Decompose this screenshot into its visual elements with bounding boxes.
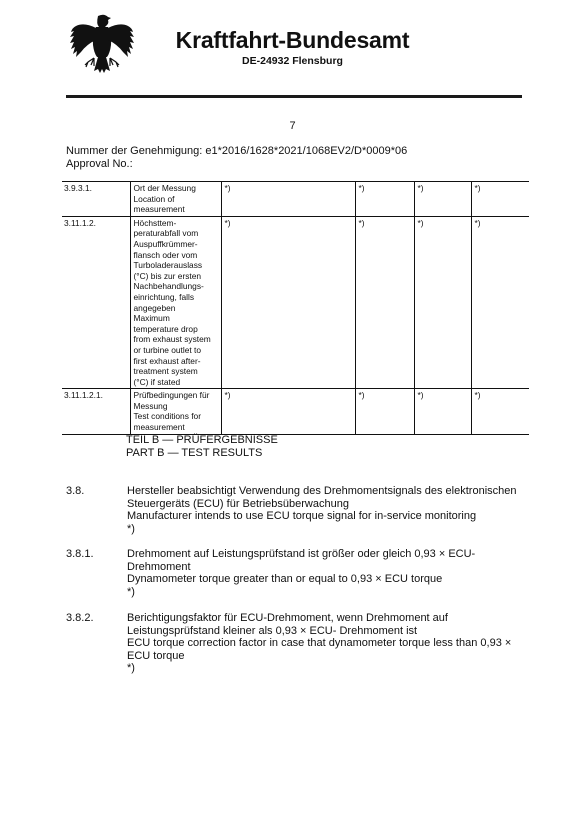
description-line: (°C) if stated [134, 377, 218, 388]
part-b-heading: TEIL B — PRÜFERGEBNISSE PART B — TEST RE… [126, 434, 278, 459]
description-line: treatment system [134, 366, 218, 377]
description-line: Höchsttem- [134, 218, 218, 229]
table-row: 3.11.1.2.Höchsttem-peraturabfall vomAusp… [62, 216, 529, 389]
row-number: 3.11.1.2. [62, 216, 130, 389]
value-cell: *) [221, 216, 355, 389]
approval-label-en: Approval No.: [66, 158, 407, 171]
page-number: 7 [0, 120, 585, 132]
value-cell: *) [471, 389, 529, 434]
section-text: Drehmoment auf Leistungsprüfstand ist gr… [127, 548, 527, 598]
value-cell: *) [471, 216, 529, 389]
approval-number: Nummer der Genehmigung: e1*2016/1628*202… [66, 145, 407, 170]
section-text: Berichtigungsfaktor für ECU-Drehmoment, … [127, 612, 527, 675]
section-line: Hersteller beabsichtigt Verwendung des D… [127, 485, 527, 498]
description-line: Messung [134, 401, 218, 412]
value-cell: *) [221, 182, 355, 217]
description-line: Prüfbedingungen für [134, 390, 218, 401]
authority-name: Kraftfahrt-Bundesamt [0, 27, 585, 54]
section-line: Dynamometer torque greater than or equal… [127, 573, 527, 586]
table-row: 3.11.1.2.1.Prüfbedingungen fürMessungTes… [62, 389, 529, 434]
description-line: flansch oder vom [134, 250, 218, 261]
description-line: (°C) bis zur ersten [134, 271, 218, 282]
description-line: peraturabfall vom [134, 228, 218, 239]
section-line: Steuergeräts (ECU) für Betriebsüberwachu… [127, 498, 527, 511]
section-number: 3.8.2. [66, 612, 94, 625]
row-number: 3.11.1.2.1. [62, 389, 130, 434]
section-line: *) [127, 523, 527, 536]
section-number: 3.8. [66, 485, 84, 498]
value-cell: *) [414, 216, 471, 389]
section-line: Leistungsprüfstand kleiner als 0,93 × EC… [127, 625, 527, 638]
value-cell: *) [355, 389, 414, 434]
spec-table: 3.9.3.1.Ort der MessungLocation ofmeasur… [62, 181, 529, 435]
section-line: Drehmoment auf Leistungsprüfstand ist gr… [127, 548, 527, 561]
description-line: Nachbehandlungs- [134, 281, 218, 292]
description-line: temperature drop [134, 324, 218, 335]
description-line: Maximum [134, 313, 218, 324]
section-line: Manufacturer intends to use ECU torque s… [127, 510, 527, 523]
value-cell: *) [355, 182, 414, 217]
section-line: ECU torque [127, 650, 527, 663]
description-line: from exhaust system [134, 334, 218, 345]
description-line: measurement [134, 422, 218, 433]
row-description: Prüfbedingungen fürMessungTest condition… [130, 389, 221, 434]
row-description: Höchsttem-peraturabfall vomAuspuffkrümme… [130, 216, 221, 389]
section-line: Drehmoment [127, 561, 527, 574]
description-line: Auspuffkrümmer- [134, 239, 218, 250]
description-line: angegeben [134, 303, 218, 314]
description-line: Location of [134, 194, 218, 205]
section-line: ECU torque correction factor in case tha… [127, 637, 527, 650]
table-row: 3.9.3.1.Ort der MessungLocation ofmeasur… [62, 182, 529, 217]
description-line: or turbine outlet to [134, 345, 218, 356]
description-line: Ort der Messung [134, 183, 218, 194]
part-b-title-en: PART B — TEST RESULTS [126, 447, 278, 460]
description-line: measurement [134, 204, 218, 215]
description-line: einrichtung, falls [134, 292, 218, 303]
value-cell: *) [471, 182, 529, 217]
section-line: *) [127, 662, 527, 675]
section-line: *) [127, 586, 527, 599]
approval-label-de: Nummer der Genehmigung: e1*2016/1628*202… [66, 145, 407, 158]
description-line: Turboladerauslass [134, 260, 218, 271]
row-description: Ort der MessungLocation ofmeasurement [130, 182, 221, 217]
description-line: Test conditions for [134, 411, 218, 422]
authority-address: DE-24932 Flensburg [0, 55, 585, 67]
value-cell: *) [355, 216, 414, 389]
value-cell: *) [414, 182, 471, 217]
header-divider [66, 95, 522, 98]
section-text: Hersteller beabsichtigt Verwendung des D… [127, 485, 527, 535]
section-number: 3.8.1. [66, 548, 94, 561]
row-number: 3.9.3.1. [62, 182, 130, 217]
authority-name-text: Kraftfahrt-Bundesamt [176, 27, 410, 54]
value-cell: *) [221, 389, 355, 434]
value-cell: *) [414, 389, 471, 434]
description-line: first exhaust after- [134, 356, 218, 367]
section-line: Berichtigungsfaktor für ECU-Drehmoment, … [127, 612, 527, 625]
part-b-title-de: TEIL B — PRÜFERGEBNISSE [126, 434, 278, 447]
